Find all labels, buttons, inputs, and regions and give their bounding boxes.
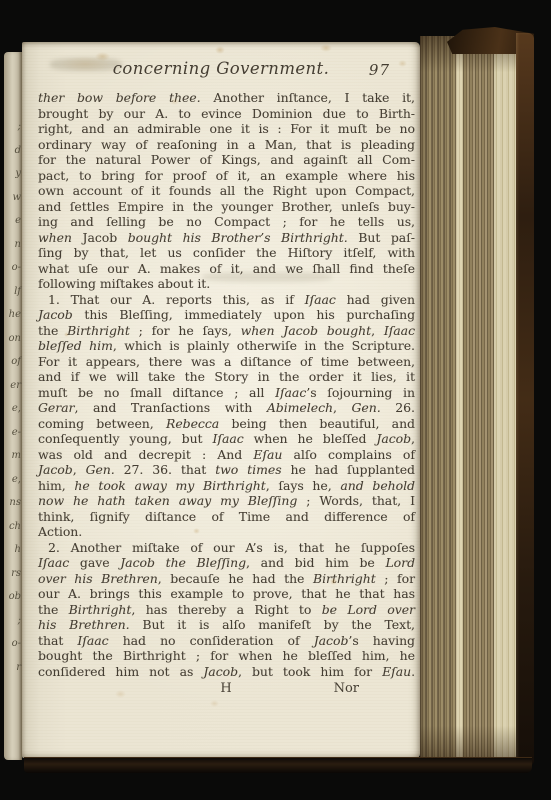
page-stack-light-band: [456, 36, 463, 762]
text-line: when Jacob bought his Brother’s Birthrig…: [38, 230, 415, 246]
gutter-text-fragment: ch: [9, 522, 21, 532]
text-line: conſequently young, but Iſaac when he bl…: [38, 431, 415, 447]
gutter-text-fragment: er: [10, 381, 21, 391]
text-line: think, ſignify diſtance of Time and diff…: [38, 509, 415, 525]
text-line: the Birthright ; for he ſays, when Jacob…: [38, 323, 415, 339]
gutter-text-fragment: d: [15, 146, 21, 156]
text-line: Jacob, Gen. 27. 36. that two times he ha…: [38, 462, 415, 478]
book-scan: ;dyweno-lfheonofere,e-me,nschhrsob;o-r c…: [0, 0, 551, 800]
text-block: ther bow before thee. Another inſtance, …: [38, 90, 415, 679]
text-line: ordinary way of reaſoning in a Man, that…: [38, 137, 415, 153]
text-line: him, he took away my Birthright, ſays he…: [38, 478, 415, 494]
gutter-text-fragment: w: [12, 193, 21, 203]
catchword: Nor: [334, 681, 359, 697]
text-line: and ſettles Empire in the younger Brothe…: [38, 199, 415, 215]
gutter-text-fragment: he: [9, 310, 21, 320]
gutter-text-fragment: on: [9, 334, 21, 344]
page-stack-streaks: [463, 36, 494, 762]
cover-edge: [516, 33, 534, 767]
gutter-text-fragment: y: [15, 169, 21, 179]
gutter-text-fragment: ob: [9, 592, 21, 602]
text-line: was old and decrepit : And Eſau alſo com…: [38, 447, 415, 463]
text-line: what uſe our A. makes of it, and we ſhal…: [38, 261, 415, 277]
gutter-text-fragment: e,: [12, 404, 21, 414]
gutter-text-fragment: h: [15, 545, 21, 555]
page-number: 97: [369, 61, 390, 79]
text-line: muſt be no ſmall diſtance ; all Iſaac’s …: [38, 385, 415, 401]
text-line: over his Brethren, becauſe he had the Bi…: [38, 571, 415, 587]
gutter-text-fragment: m: [12, 451, 21, 461]
foxing-spot: [215, 46, 225, 54]
text-line: his Brethren. But it is alſo manifeſt by…: [38, 617, 415, 633]
gutter-text-fragment: n: [15, 240, 21, 250]
text-line: brought by our A. to evince Dominion due…: [38, 106, 415, 122]
running-title: concerning Government.: [113, 59, 329, 78]
gutter-text-fragment: e,: [12, 475, 21, 485]
running-header: concerning Government. 97: [38, 59, 404, 83]
text-line: 1. That our A. reports this, as if Iſaac…: [38, 292, 415, 308]
text-line: Jacob this Bleſſing, immediately upon hi…: [38, 307, 415, 323]
gutter-text-fragment: e-: [12, 428, 21, 438]
gutter-text-fragment: rs: [11, 569, 21, 579]
gutter-text-fragment: r: [16, 663, 21, 673]
gutter-text-fragment: ;: [18, 122, 21, 132]
text-line: Gerar, and Tranſactions with Abimelech, …: [38, 400, 415, 416]
gutter-text-fragment: o-: [12, 639, 21, 649]
text-line: coming between, Rebecca being then beaut…: [38, 416, 415, 432]
text-line: pact, to bring for proof of it, an examp…: [38, 168, 415, 184]
book-page: concerning Government. 97 ther bow befor…: [22, 42, 420, 758]
signature-line: H Nor: [38, 681, 415, 697]
text-line: right, and an admirable one it is : For …: [38, 121, 415, 137]
text-line: for the natural Power of Kings, and agai…: [38, 152, 415, 168]
text-line: ing and ſelling be no Compact ; for he t…: [38, 214, 415, 230]
foxing-spot: [210, 700, 219, 707]
text-line: Iſaac gave Jacob the Bleſſing, and bid h…: [38, 555, 415, 571]
text-line: the Birthright, has thereby a Right to b…: [38, 602, 415, 618]
text-line: following miſtakes about it.: [38, 276, 415, 292]
text-line: 2. Another miſtake of our A’s is, that h…: [38, 540, 415, 556]
text-line: ſing by that, let us conſider the Hiſtor…: [38, 245, 415, 261]
facing-page-edge: ;dyweno-lfheonofere,e-me,nschhrsob;o-r: [4, 52, 22, 760]
text-line: that Iſaac had no conſideration of Jacob…: [38, 633, 415, 649]
gutter-text-fragment: ;: [18, 616, 21, 626]
gutter-text-fragment: of: [11, 357, 21, 367]
foxing-spot: [320, 44, 332, 52]
text-line: conſidered him not as Jacob, but took hi…: [38, 664, 415, 680]
text-line: ther bow before thee. Another inſtance, …: [38, 90, 415, 106]
gutter-text-fragment: e: [15, 216, 21, 226]
text-line: own account of it founds all the Right u…: [38, 183, 415, 199]
text-line: For it appears, there was a diſtance of …: [38, 354, 415, 370]
gutter-text-fragment: ns: [9, 498, 21, 508]
page-stack-smooth-band: [494, 36, 516, 762]
text-line: our A. brings this example to prove, tha…: [38, 586, 415, 602]
page-stack-streaks: [420, 36, 456, 762]
fore-edge-pages: [420, 36, 516, 762]
bottom-cover-edge: [24, 757, 532, 773]
text-line: and if we will take the Story in the ord…: [38, 369, 415, 385]
gutter-text-fragment: o-: [12, 263, 21, 273]
text-line: bought the Birthright ; for when he bleſ…: [38, 648, 415, 664]
text-line: Action.: [38, 524, 415, 540]
gutter-text-fragment: lf: [14, 287, 21, 297]
text-line: now he hath taken away my Bleſſing ; Wor…: [38, 493, 415, 509]
text-line: bleſſed him, which is plainly otherwiſe …: [38, 338, 415, 354]
